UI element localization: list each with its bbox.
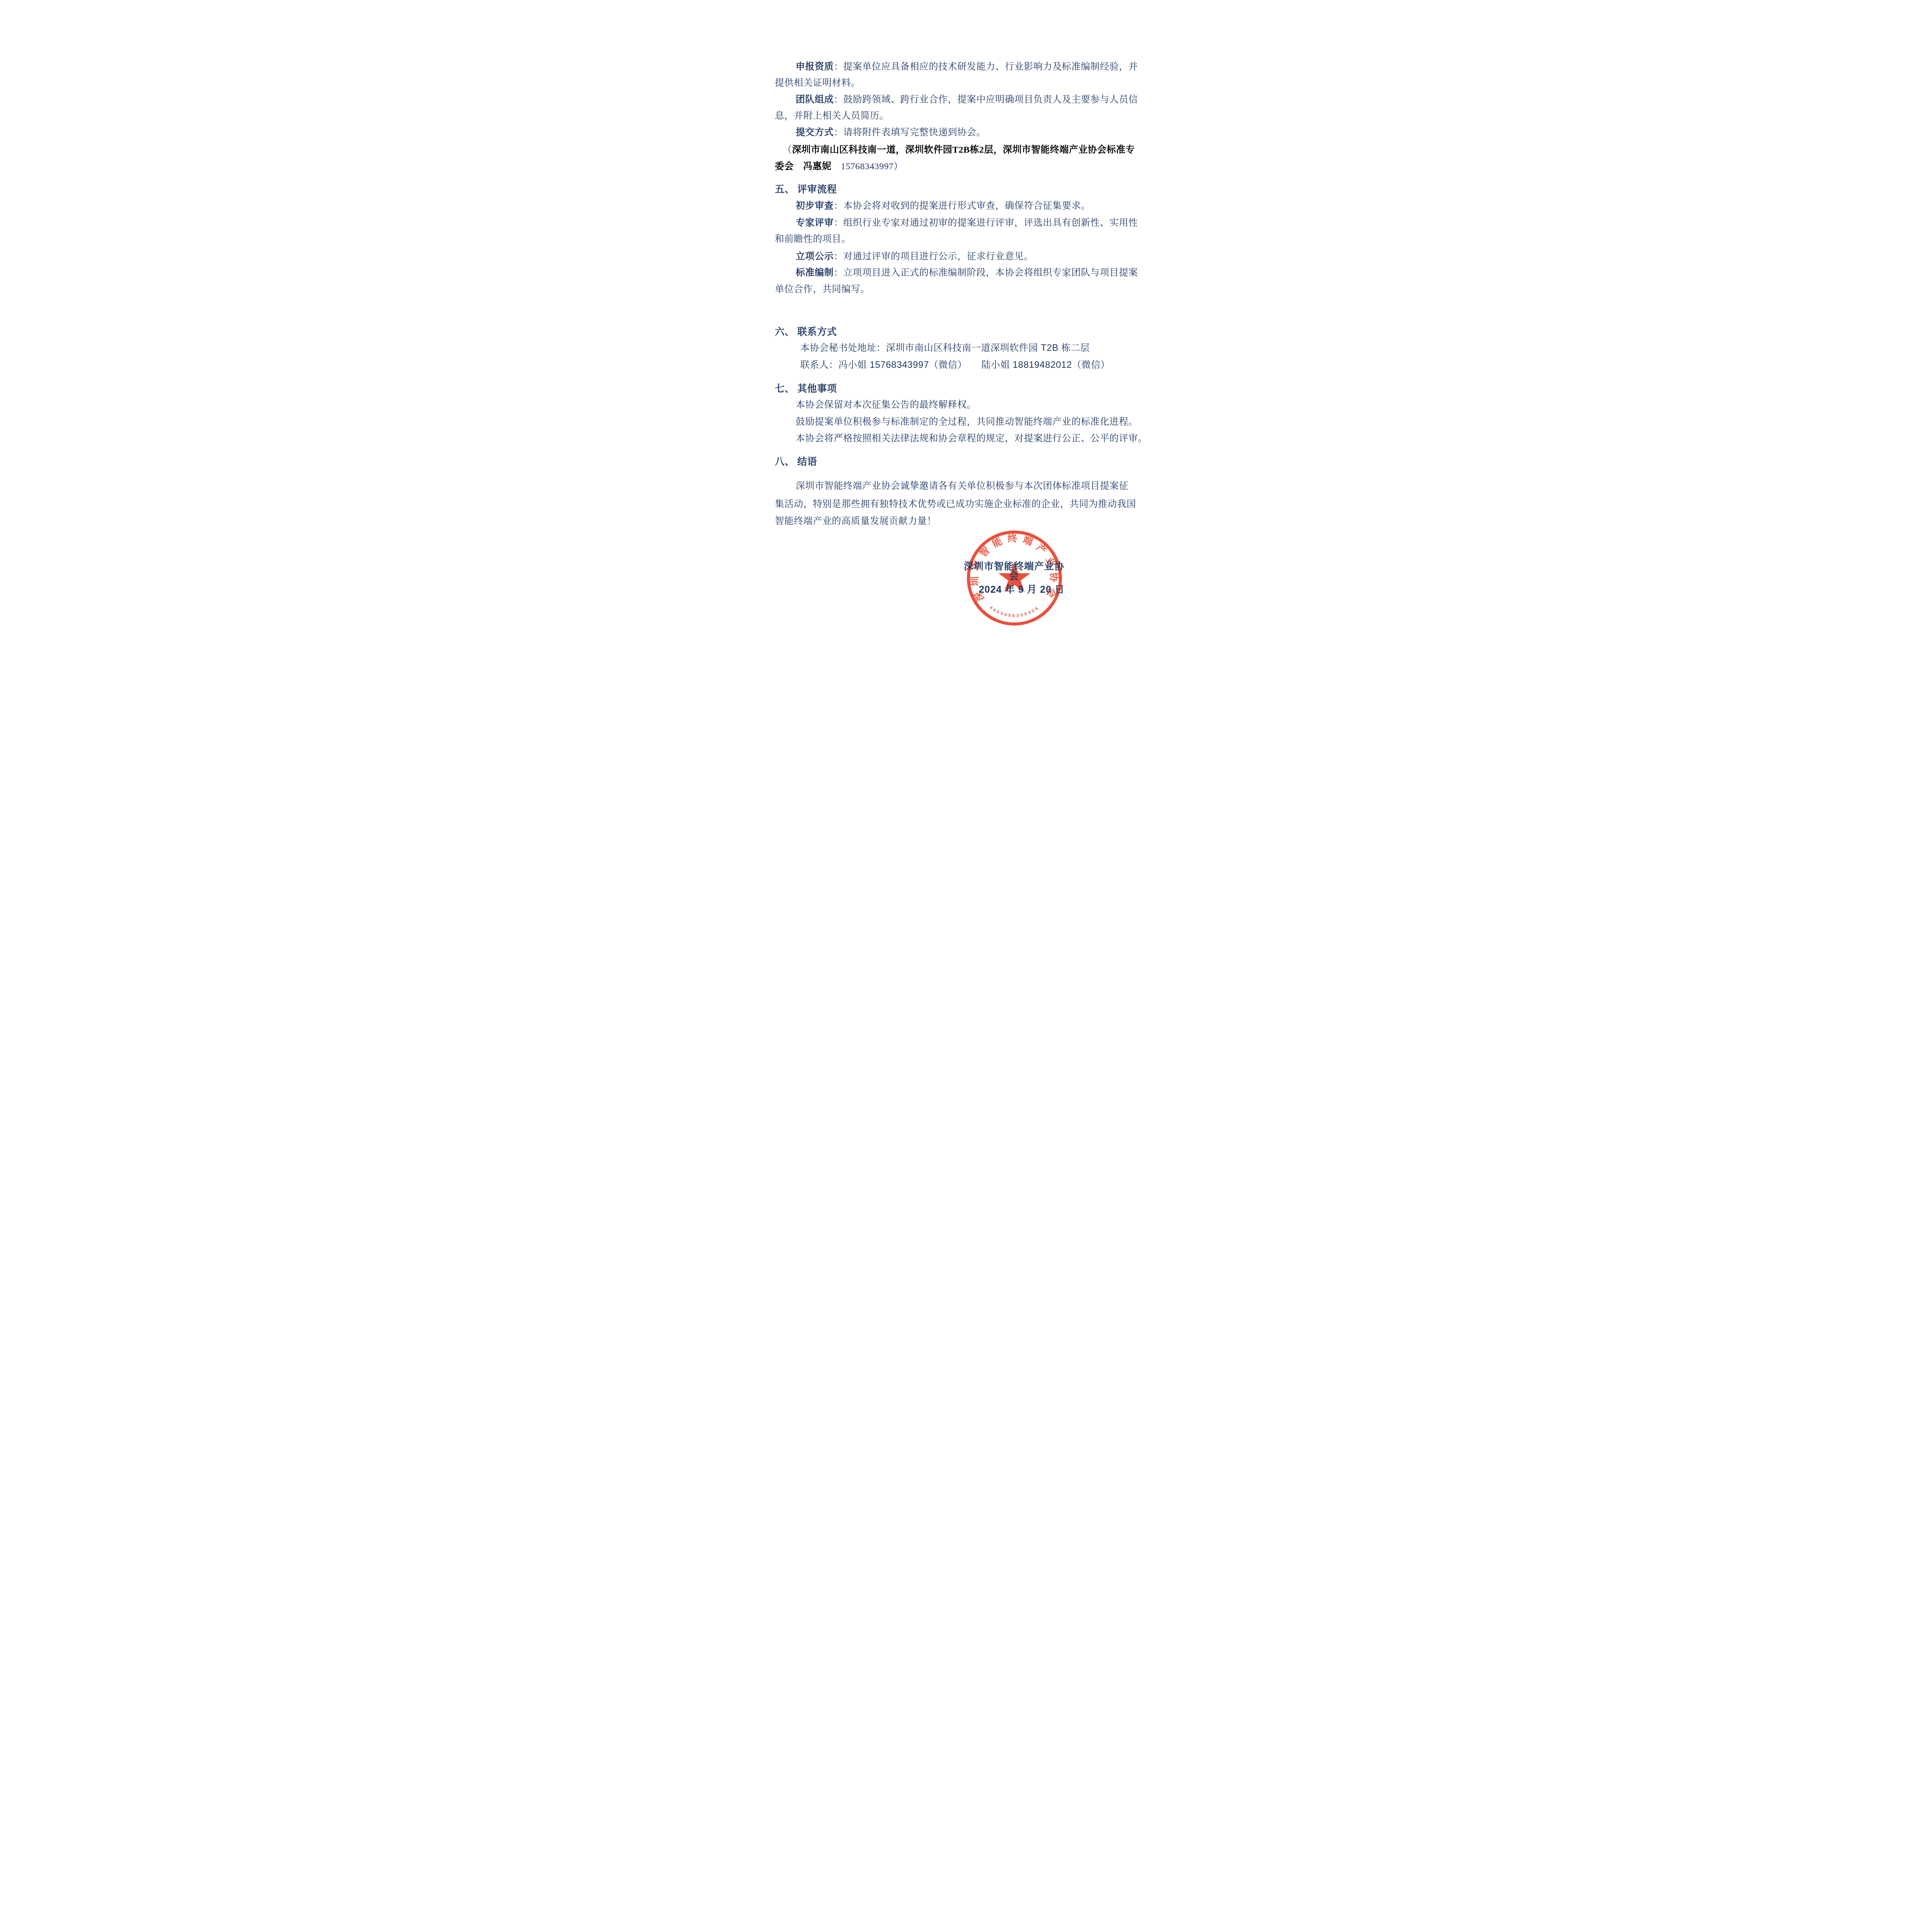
text-hnum: 五、 [775, 184, 795, 195]
text-span: ：组织行业专家对通过初审的提案进行评审，评选出具有创新性、实用性 [834, 218, 1138, 228]
text-span: 15768343997 [841, 162, 893, 172]
text-span: 集活动，特别是那些拥有独特技术优势或已成功实施企业标准的企业，共同为推动我国 [775, 499, 1136, 509]
text-line: 标准编制：立项项目进入正式的标准编制阶段，本协会将组织专家团队与项目提案 [796, 268, 1138, 277]
text-heading: 评审流程 [797, 184, 837, 195]
text-span: 单位合作，共同编写。 [775, 284, 870, 294]
seal-code: 4403056350326 [989, 605, 1039, 618]
text-line: 六、联系方式 [775, 327, 837, 337]
text-line: 提供相关证明材料。 [775, 78, 860, 88]
text-line: 和前瞻性的项目。 [775, 235, 851, 244]
text-line: 委会 冯惠妮 15768343997） [775, 162, 903, 171]
text-line: 团队组成：鼓励跨领域、跨行业合作，提案中应明确项目负责人及主要参与人员信 [796, 95, 1138, 104]
text-line: 息，并附上相关人员简历。 [775, 111, 889, 121]
text-label: 团队组成 [796, 94, 834, 105]
text-line: 初步审查：本协会将对收到的提案进行形式审查，确保符合征集要求。 [796, 201, 1091, 211]
text-line: 本协会秘书处地址：深圳市南山区科技南一道深圳软件园 T2B 栋二层 [800, 344, 1090, 353]
text-line: 联系人：冯小姐 15768343997（微信） 陆小姐 18819482012（… [800, 361, 1110, 370]
text-hnum: 八、 [775, 456, 795, 467]
text-span: ） [893, 162, 903, 172]
text-line: 本协会将严格按照相关法律法规和协会章程的规定，对提案进行公正、公平的评审。 [796, 434, 1147, 443]
text-span: 本协会保留对本次征集公告的最终解释权。 [796, 400, 976, 410]
text-line: 提交方式：请将附件表填写完整快递到协会。 [796, 128, 986, 137]
text-span: 智能终端产业的高质量发展贡献力量！ [775, 516, 936, 526]
text-label: 立项公示 [796, 251, 834, 262]
text-heading: 其他事项 [797, 383, 837, 394]
text-span: ：立项项目进入正式的标准编制阶段，本协会将组织专家团队与项目提案 [834, 267, 1138, 278]
text-line: （深圳市南山区科技南一道，深圳软件园T2B栋2层，深圳市智能终端产业协会标准专 [783, 145, 1135, 155]
text-label: 提交方式 [796, 127, 834, 138]
document-page: 申报资质：提案单位应具备相应的技术研发能力、行业影响力及标准编制经验，并提供相关… [718, 0, 1198, 678]
text-line: 七、其他事项 [775, 384, 837, 394]
text-line: 智能终端产业的高质量发展贡献力量！ [775, 517, 936, 526]
text-span: ：对通过评审的项目进行公示，征求行业意见。 [834, 251, 1033, 262]
text-label: 标准编制 [796, 267, 834, 278]
text-span: 委会 冯惠妮 [775, 162, 841, 172]
text-span: 本协会秘书处地址：深圳市南山区科技南一道深圳软件园 T2B 栋二层 [800, 343, 1090, 353]
text-span: 提供相关证明材料。 [775, 78, 860, 88]
text-span: （ [783, 145, 792, 155]
text-span: ：鼓励跨领域、跨行业合作，提案中应明确项目负责人及主要参与人员信 [834, 94, 1138, 105]
text-heading: 联系方式 [797, 327, 837, 337]
text-line: 专家评审：组织行业专家对通过初审的提案进行评审，评选出具有创新性、实用性 [796, 218, 1138, 228]
text-line: 八、结语 [775, 457, 817, 467]
text-span: 联系人：冯小姐 15768343997（微信） 陆小姐 18819482012（… [800, 360, 1110, 370]
text-span: 息，并附上相关人员简历。 [775, 111, 889, 121]
text-hnum: 六、 [775, 327, 795, 337]
text-line: 立项公示：对通过评审的项目进行公示，征求行业意见。 [796, 252, 1033, 261]
text-label: 申报资质 [796, 61, 834, 72]
text-span: 鼓励提案单位积极参与标准制定的全过程，共同推动智能终端产业的标准化进程。 [796, 417, 1138, 427]
signature-organization: 深圳市智能终端产业协会 [960, 562, 1068, 581]
text-span: ：请将附件表填写完整快递到协会。 [834, 127, 986, 138]
signature-date: 2024 年 9 月 20 日 [973, 585, 1070, 595]
text-span: ：本协会将对收到的提案进行形式审查，确保符合征集要求。 [834, 201, 1090, 211]
text-label: 初步审查 [796, 201, 834, 211]
text-heading: 结语 [797, 456, 817, 467]
text-line: 本协会保留对本次征集公告的最终解释权。 [796, 400, 976, 410]
text-line: 集活动，特别是那些拥有独特技术优势或已成功实施企业标准的企业，共同为推动我国 [775, 500, 1136, 509]
text-line: 五、评审流程 [775, 185, 837, 194]
text-span: 本协会将严格按照相关法律法规和协会章程的规定，对提案进行公正、公平的评审。 [796, 433, 1147, 444]
text-line: 单位合作，共同编写。 [775, 285, 870, 294]
text-span: 深圳市南山区科技南一道，深圳软件园T2B栋2层，深圳市智能终端产业协会标准专 [792, 145, 1135, 155]
text-hnum: 七、 [775, 383, 795, 394]
text-label: 专家评审 [796, 218, 834, 228]
text-span: 和前瞻性的项目。 [775, 234, 851, 244]
text-span: ：提案单位应具备相应的技术研发能力、行业影响力及标准编制经验，并 [834, 61, 1138, 72]
text-span: 深圳市智能终端产业协会诚挚邀请各有关单位积极参与本次团体标准项目提案征 [796, 481, 1128, 491]
text-line: 鼓励提案单位积极参与标准制定的全过程，共同推动智能终端产业的标准化进程。 [796, 417, 1138, 427]
text-line: 申报资质：提案单位应具备相应的技术研发能力、行业影响力及标准编制经验，并 [796, 62, 1138, 71]
text-line: 深圳市智能终端产业协会诚挚邀请各有关单位积极参与本次团体标准项目提案征 [796, 481, 1128, 491]
